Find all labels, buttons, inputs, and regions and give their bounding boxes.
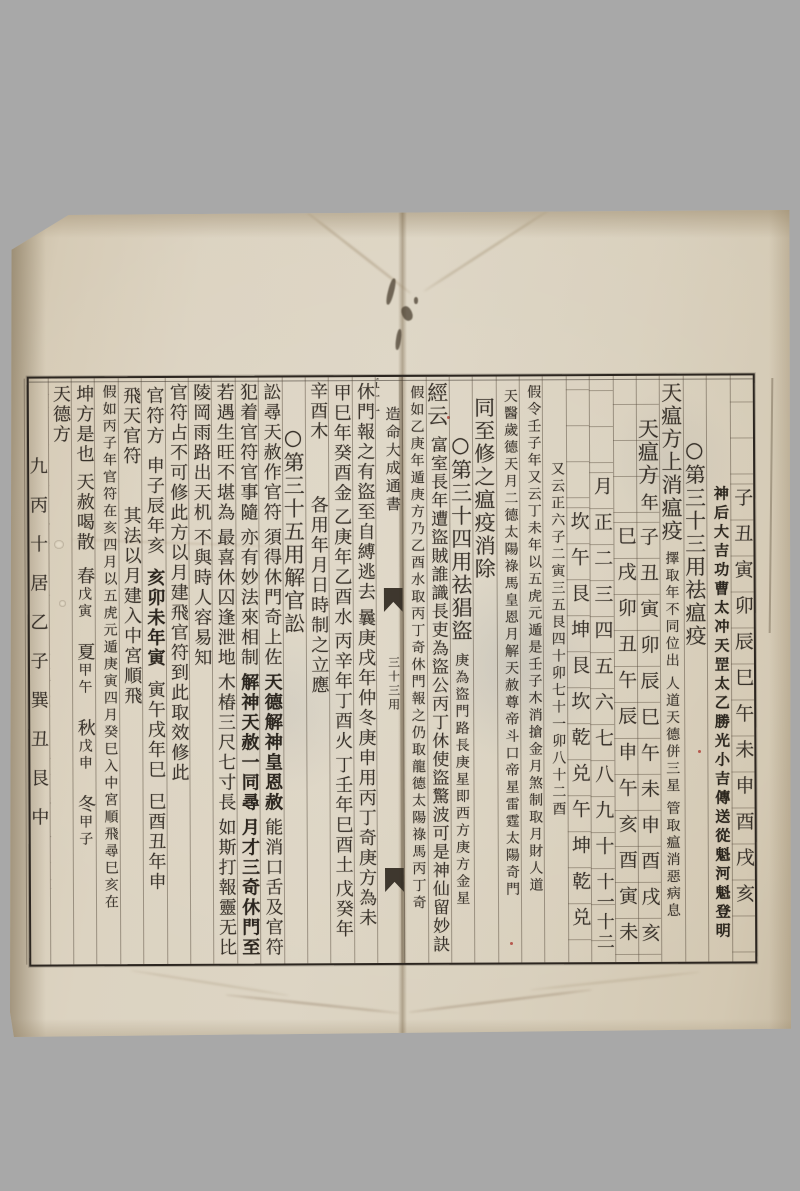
text-segment: 夏 (74, 642, 95, 662)
spacer (436, 428, 437, 436)
text-segment: 冬 (75, 794, 96, 814)
spacer (461, 643, 462, 653)
spacer (84, 620, 85, 642)
text-segment: 天醫歲德天月二德太陽祿馬皇恩月解天赦尊帝斗口帝星雷霆太陽奇門 (502, 388, 520, 898)
col-note-also-says: 又云正六子二寅三五艮四十卯七十一卯八十二酉 (542, 376, 568, 962)
col-tianwen-table-years: 天瘟方年子丑寅卯辰巳午未申酉戌亥 (636, 376, 662, 962)
text-segment: 年 (638, 493, 659, 513)
spacer (483, 377, 484, 397)
text-segment: 戊申 (77, 738, 93, 772)
text-segment: 乙庚年乙酉水 (331, 507, 353, 627)
col-verse-song-1: 訟尋天赦作官符須得休門奇上佐天德解神皇恩赦能消口舌及官符 (258, 377, 284, 963)
spacer (624, 376, 626, 526)
col-note-example-yigeng: 假如乙庚年遁庚方乃乙酉水取丙丁奇休門報之仍取龍德太陽祿馬丙丁奇 (402, 377, 428, 963)
spacer (720, 376, 721, 486)
banxin-column: 造命大成通書 三十三用 五十一 (375, 377, 405, 963)
text-segment: ○第三十三用祛瘟疫 (683, 438, 708, 648)
spacer (155, 780, 156, 792)
spacer (36, 379, 37, 457)
crease-line (530, 971, 699, 991)
spacer (647, 376, 648, 418)
col-note-example-renzi: 假令壬子年又云丁未年以五虎元遁是壬子木消搶金月煞制取月財人道 (519, 376, 545, 962)
text-segment: 子丑寅卯辰巳午未申酉戌亥 (731, 487, 755, 919)
text-segment: 戊癸年 (333, 879, 354, 939)
text-segment: 若遇生旺不堪為 (214, 383, 236, 523)
spacer (83, 464, 84, 472)
col-year-stems-table: 甲巳年癸酉金乙庚年乙酉水丙辛年丁酉火丁壬年巳酉土戊癸年 (328, 377, 354, 963)
spacer (509, 376, 510, 388)
col-section-34-title: ○第三十四用祛猖盜庚為盜門路長庚星即西方庚方金星 (449, 377, 475, 963)
spacer (460, 377, 461, 433)
spacer (154, 668, 155, 680)
text-segment: 人道天德併三星 (664, 676, 681, 795)
col-note-xiumen: 休門報之有盜至自縛逃去曩庚戌年仲冬庚申用丙丁奇庚方為未確明人筌攺五酉方皆同 (351, 377, 377, 963)
text-segment: ○第三十四用祛猖盜 (449, 433, 474, 643)
printed-text-frame: 子丑寅卯辰巳午未申酉戌亥神后大吉功曹太冲天罡太乙勝光小吉傳送從魁河魁登明○第三十… (27, 373, 758, 966)
text-segment: 庚為盜門路長庚星即西方庚方金星 (453, 653, 470, 908)
text-segment: 官符方 (143, 386, 164, 446)
spacer (84, 772, 85, 794)
col-month-positions: 坎午艮坤艮坎乾兑午坤乾兑 (566, 376, 592, 962)
spacer (393, 631, 394, 637)
text-segment: 木椿三尺七寸長 (215, 673, 237, 813)
text-segment: 犯着官符官事隨 (237, 383, 259, 523)
spacer (393, 731, 395, 849)
text-segment: 甲子 (77, 814, 93, 848)
col-month-table: 月正二三四五六七八九十十一十二 (589, 376, 615, 962)
spacer (556, 376, 557, 461)
spacer (533, 376, 534, 384)
spacer (317, 441, 318, 495)
col-flying-guanfu: 飛天官符其法以月建入中宮順飛 (118, 378, 144, 964)
text-segment: 擇取年不同位出 (663, 551, 680, 670)
text-columns-container: 子丑寅卯辰巳午未申酉戌亥神后大吉功曹太冲天罡太乙勝光小吉傳送從魁河魁登明○第三十… (29, 375, 756, 964)
text-segment: 丁壬年巳酉土 (332, 755, 354, 875)
text-segment: 富室長年遭盜賊誰識長吏為盜公丙丁休使盜驚波可是神仙留妙訣 (427, 436, 449, 954)
text-segment: 假令壬子年又云丁未年以五虎元遁是壬子木消搶金月煞制取月財人道 (525, 384, 543, 894)
text-segment: 春 (74, 566, 95, 586)
col-verse-song-2: 犯着官符官事隨亦有妙法來相制解神天赦一同尋月才三奇休門至 (235, 378, 261, 964)
crease-line (225, 994, 399, 1014)
text-segment: 九丙十居乙子巽丑艮中 (27, 457, 50, 847)
text-segment: 天德方 (50, 384, 71, 444)
fishtail-icon (384, 588, 403, 612)
text-segment: 月才三奇休門至 (239, 818, 261, 958)
text-segment: ○第三十五用解官訟 (281, 425, 306, 635)
col-verse-tianwen: 天瘟方上消瘟疫擇取年不同位出人道天德併三星管取瘟消惡病息 (659, 376, 685, 962)
text-segment: 子丑寅卯辰巳午未申酉戌亥 (637, 527, 661, 959)
spacer (601, 376, 602, 476)
text-segment: 十一十二 (594, 872, 615, 952)
text-segment: 官符占不可修此方以月建飛官符到此取效修此 (167, 383, 190, 783)
text-segment: 訟尋天赦作官符 (260, 382, 282, 522)
text-segment: 假如乙庚年遁庚方乃乙酉水取丙丁奇休門報之仍取龍德太陽祿馬丙丁奇 (408, 385, 426, 912)
text-segment: 須得休門奇上佐 (261, 527, 283, 667)
spacer (741, 375, 742, 487)
col-tiande-formula-2: 九丙十居乙子巽丑艮中 (24, 379, 50, 965)
col-tiande-formula: 天德方正丁二坤宮三壬四辛同五乾六甲上七癸八艮逢 (47, 378, 73, 964)
spacer (416, 377, 417, 385)
spacer (693, 376, 694, 438)
text-segment: 亥卯未年寅 (144, 568, 165, 668)
text-segment: 天瘟方 (636, 418, 660, 487)
text-segment: 坎午艮坤艮坎乾兑午坤乾兑 (568, 511, 592, 943)
spacer (392, 377, 393, 387)
spacer (154, 556, 155, 568)
col-year-stems-continue: 辛酉木各用年月日時制之立應 (305, 377, 331, 963)
ink-smudge (385, 278, 397, 306)
text-segment: 同至修之瘟疫消除 (472, 397, 496, 581)
text-segment: 飛天官符 (120, 386, 141, 466)
text-segment: 寅午戌年巳 (145, 680, 166, 780)
spacer (60, 444, 61, 460)
text-segment: 休門報之有盜至自縛逃去 (354, 382, 376, 602)
text-segment: 申子辰年亥 (144, 456, 165, 556)
text-segment: 管取瘟消惡病息 (664, 801, 681, 920)
crease-line (409, 989, 593, 1014)
text-segment: 天赦喝散 (74, 472, 95, 552)
text-segment: 不與時人容易知 (191, 528, 213, 668)
spacer (84, 696, 85, 718)
crease-line (131, 969, 289, 996)
text-segment: 秋 (75, 718, 96, 738)
text-segment: 神后大吉功曹太冲天罡太乙勝光小吉傳送從魁河魁登明 (712, 486, 732, 942)
spacer (394, 911, 395, 917)
banxin-section-label: 三十三用 (387, 656, 401, 712)
text-segment: 丙辛年丁酉火 (332, 631, 354, 751)
text-segment: 各用年月日時制之立應 (308, 495, 330, 695)
spacer (577, 376, 579, 511)
text-segment: 又云正六子二寅三五艮四十卯七十一卯八十二酉 (549, 461, 567, 818)
text-segment: 天瘟方上消瘟疫 (659, 382, 683, 543)
col-year-branches: 子丑寅卯辰巳午未申酉戌亥 (729, 375, 755, 961)
text-segment: 曩庚戌年仲冬庚申用丙丁奇庚方為未 (355, 608, 377, 928)
col-verse-song-4: 陵岡雨路出天机不與時人容易知 (188, 378, 214, 964)
book-title: 造命大成通書 (383, 406, 401, 514)
text-segment: 辛酉木 (307, 381, 328, 441)
ink-smudge (414, 297, 418, 304)
book-paper: 子丑寅卯辰巳午未申酉戌亥神后大吉功曹太冲天罡太乙勝光小吉傳送從魁河魁登明○第三十… (10, 210, 791, 1037)
col-kunfang-tianshe: 坤方是也天赦喝散春戊寅夏甲午秋戊申冬甲子 (71, 378, 97, 964)
spacer (393, 533, 394, 569)
col-section-33-title: ○第三十三用祛瘟疫 (683, 376, 709, 962)
text-segment: 巳戌卯丑午辰申午亥酉寅未 (614, 526, 638, 958)
col-twelve-generals: 神后大吉功曹太冲天罡太乙勝光小吉傳送從魁河魁登明 (706, 376, 732, 962)
text-segment: 最喜休囚逢泄地 (214, 528, 236, 668)
paper-right-edge-shading (769, 210, 791, 1037)
text-segment: 其法以月建入中宮順飛 (121, 506, 143, 706)
col-note-guanfu: 官符占不可修此方以月建飛官符到此取效修此 (164, 378, 190, 964)
text-segment: 甲午 (76, 662, 92, 696)
text-segment: 天德解神皇恩赦 (262, 672, 284, 812)
col-text-tongzhi: 同至修之瘟疫消除 (472, 377, 498, 963)
text-segment: 陵岡雨路出天机 (190, 383, 212, 523)
text-segment: 解神天赦一同尋 (238, 673, 260, 813)
col-section-35-title: ○第三十五用解官訟 (281, 377, 307, 963)
col-guanfu-table: 官符方申子辰年亥亥卯未年寅寅午戌年巳巳酉丑年申 (141, 378, 167, 964)
spacer (292, 377, 293, 425)
spacer (129, 378, 130, 386)
col-note-stars: 天醫歲德天月二德太陽祿馬皇恩月解天赦尊帝斗口帝星雷霆太陽奇門 (495, 376, 521, 962)
text-segment: 經云 (425, 382, 449, 428)
text-segment: 坤方是也 (73, 384, 94, 464)
text-segment: 戊寅 (76, 586, 92, 620)
col-note-example-bingzi: 假如丙子年官符在亥四月以五虎元遁庚寅四月癸巳入中宮順飛尋巳亥在 (94, 378, 120, 964)
fishtail-icon (385, 868, 404, 892)
text-segment: 巳酉丑年申 (145, 792, 166, 892)
col-tianwen-table-positions: 巳戌卯丑午辰申午亥酉寅未 (612, 376, 638, 962)
text-segment: 亦有妙法來相制 (238, 528, 260, 668)
spacer (83, 552, 84, 566)
spacer (153, 446, 154, 456)
scanned-book-photo: 子丑寅卯辰巳午未申酉戌亥神后大吉功曹太冲天罡太乙勝光小吉傳送從魁河魁登明○第三十… (0, 0, 800, 1191)
spacer (130, 466, 131, 506)
banxin-page-number: 五十一 (375, 377, 381, 419)
col-verse-song-3: 若遇生旺不堪為最喜休囚逢泄地木椿三尺七寸長如斯打報靈无比 (211, 378, 237, 964)
text-segment: 月正二三四五六七八九十 (591, 476, 615, 872)
spacer (153, 378, 154, 386)
text-segment: 假如丙子年官符在亥四月以五虎元遁庚寅四月癸巳入中宮順飛尋巳亥在 (101, 384, 119, 911)
text-segment: 能消口舌及官符 (262, 817, 284, 957)
text-segment: 如斯打報靈无比 (215, 818, 237, 958)
text-segment: 甲巳年癸酉金 (330, 383, 352, 503)
spacer (671, 543, 672, 551)
spacer (647, 513, 648, 527)
col-verse-jingyun: 經云富室長年遭盜賊誰識長吏為盜公丙丁休使盜驚波可是神仙留妙訣 (425, 377, 451, 963)
